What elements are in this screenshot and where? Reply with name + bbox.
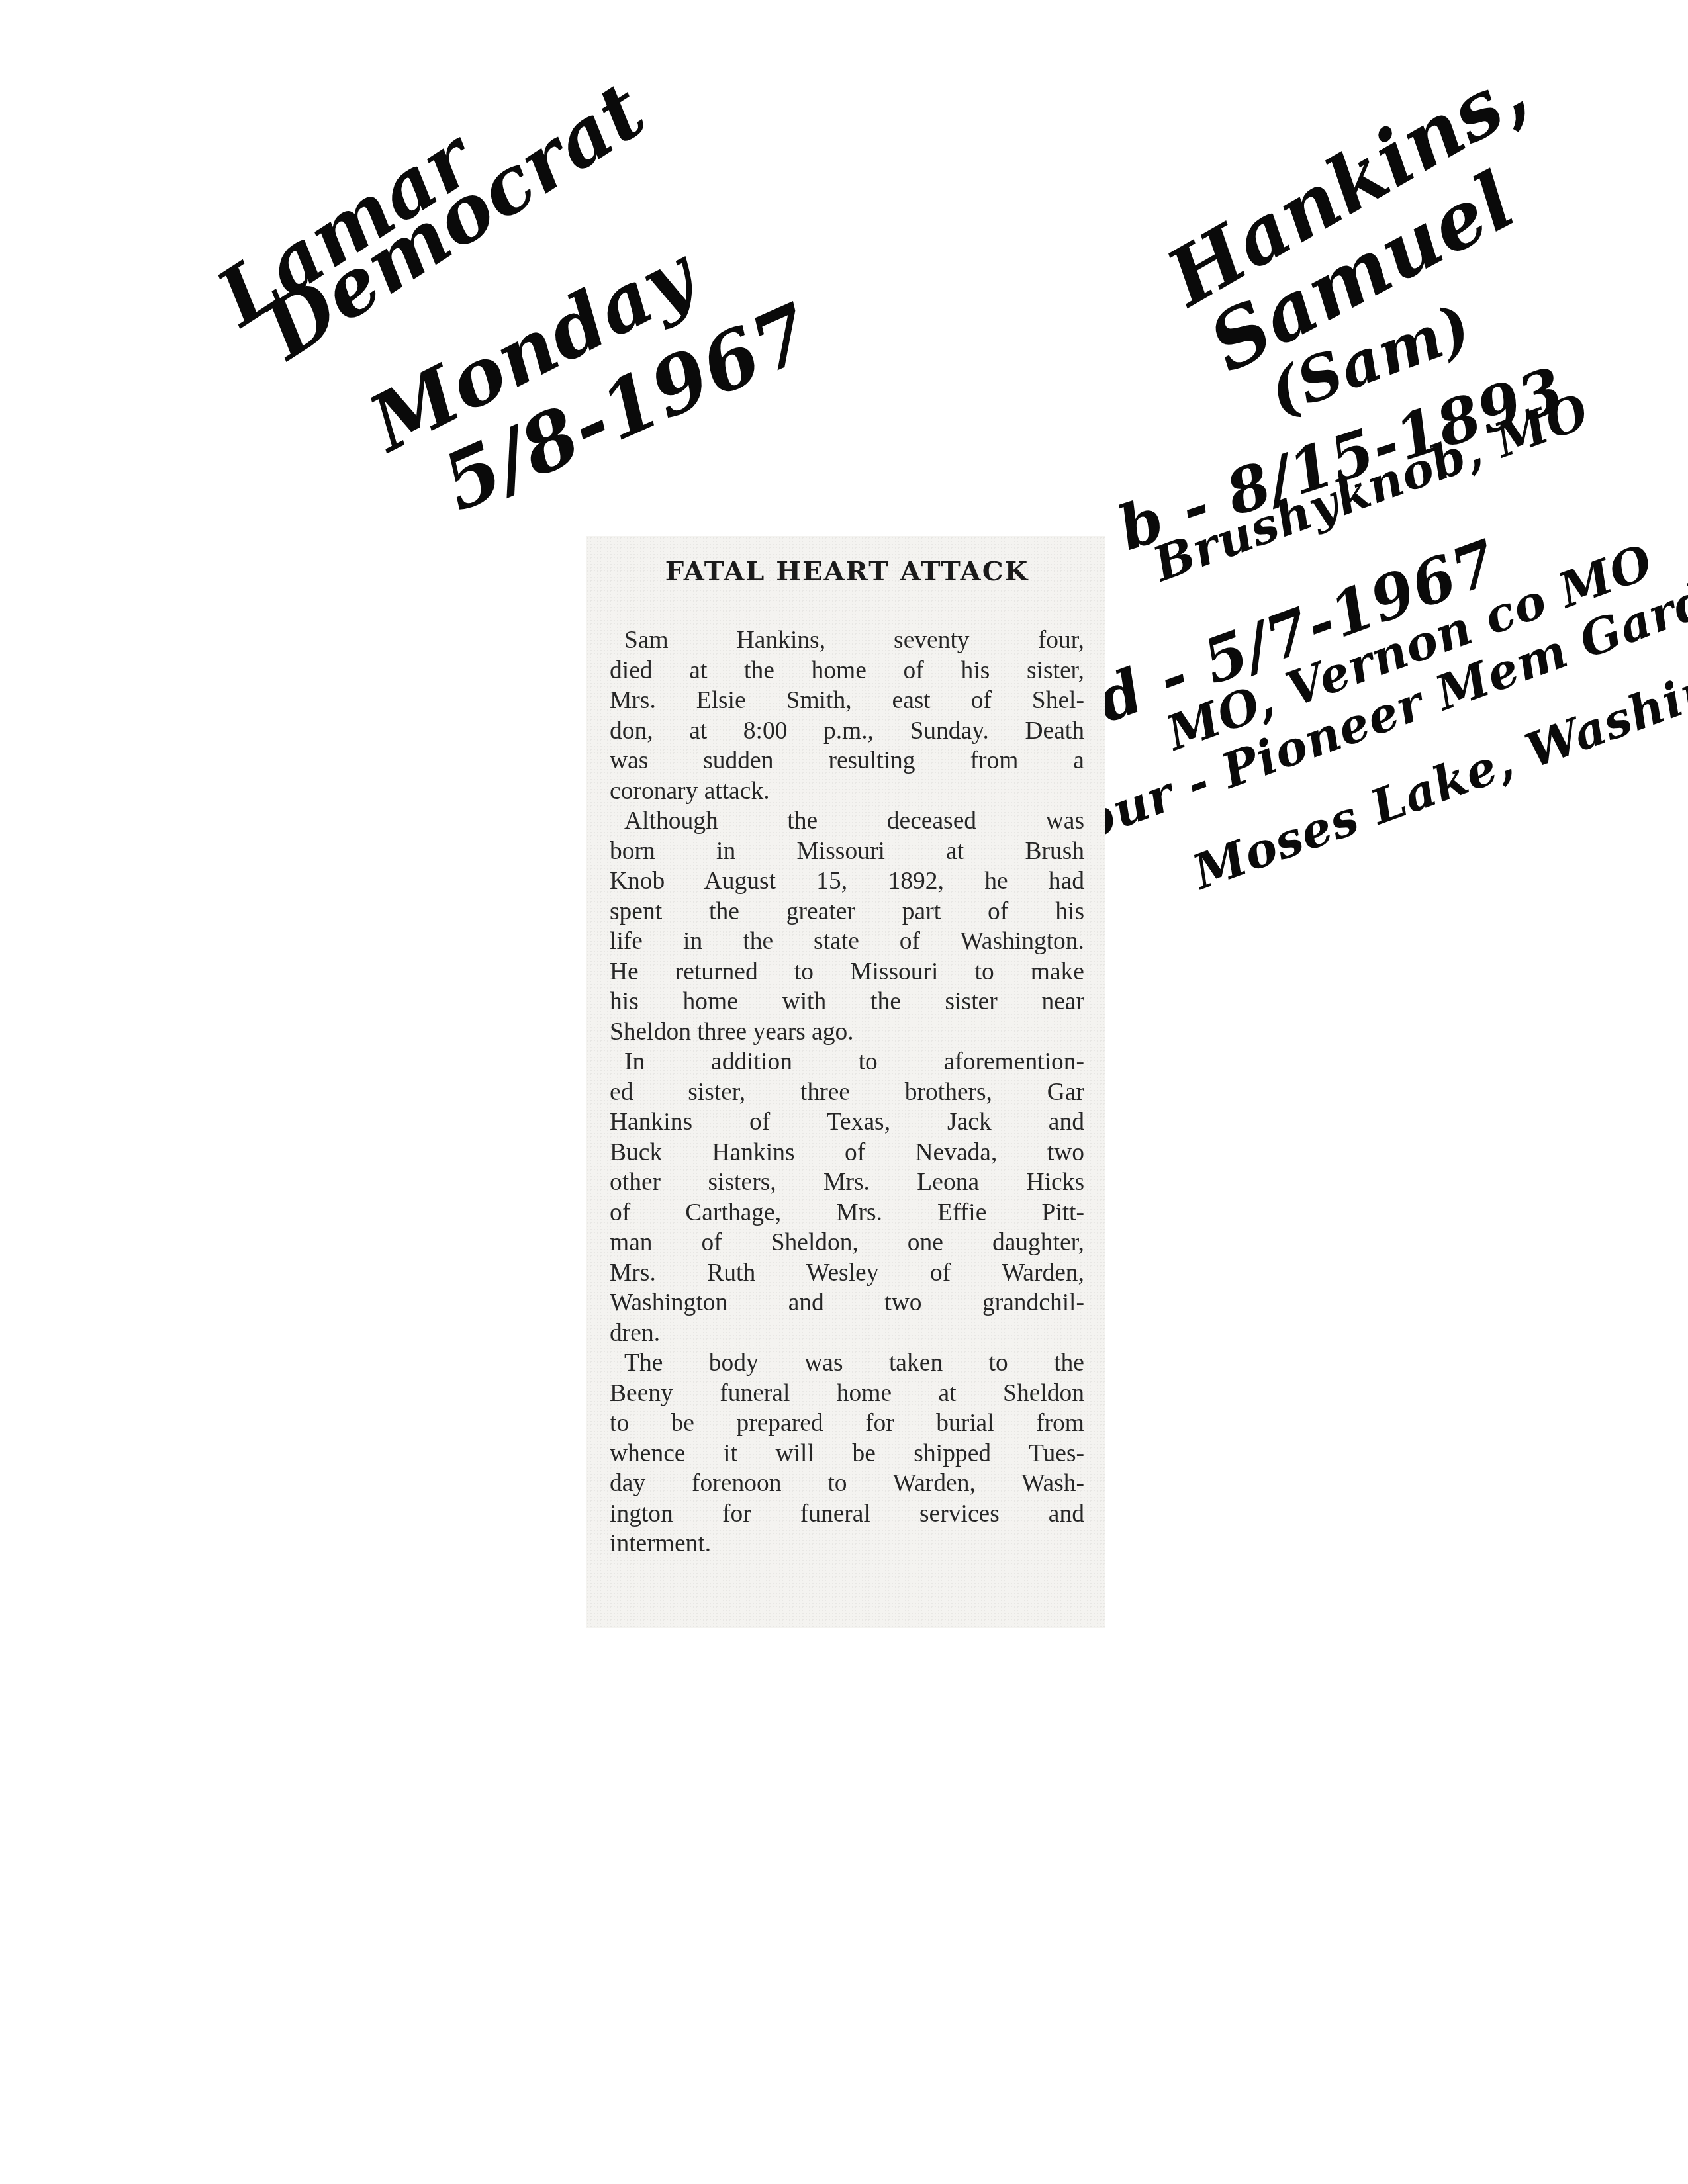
newspaper-clipping: FATAL HEART ATTACK Sam Hankins, seventy … [586,536,1105,1628]
clipping-paragraph: In addition to aforemention-ed sister, t… [610,1047,1084,1348]
clipping-text-line: spent the greater part of his [610,897,1084,927]
clipping-text-line: whence it will be shipped Tues- [610,1439,1084,1469]
clipping-text-line: Although the deceased was [610,806,1084,837]
clipping-text-line: Washington and two grandchil- [610,1288,1084,1318]
clipping-text-line: to be prepared for burial from [610,1408,1084,1439]
clipping-text-line: other sisters, Mrs. Leona Hicks [610,1167,1084,1198]
clipping-text-line: born in Missouri at Brush [610,837,1084,867]
clipping-text-line: man of Sheldon, one daughter, [610,1228,1084,1258]
clipping-text-line: Mrs. Elsie Smith, east of Shel- [610,686,1084,716]
clipping-text-line: ington for funeral services and [610,1499,1084,1529]
clipping-text-line: dren. [610,1318,1084,1349]
clipping-text-line: was sudden resulting from a [610,746,1084,776]
clipping-text-line: died at the home of his sister, [610,656,1084,686]
clipping-text-line: Mrs. Ruth Wesley of Warden, [610,1258,1084,1289]
clipping-text-line: Sam Hankins, seventy four, [610,625,1084,656]
clipping-text-line: interment. [610,1529,1084,1559]
scanned-page: Lamar Democrat Monday 5/8-1967 Hankins, … [0,0,1688,2184]
clipping-text-line: Beeny funeral home at Sheldon [610,1379,1084,1409]
clipping-headline: FATAL HEART ATTACK [610,556,1084,587]
clipping-paragraph: Sam Hankins, seventy four,died at the ho… [610,625,1084,806]
clipping-text-line: Buck Hankins of Nevada, two [610,1138,1084,1168]
clipping-paragraph: The body was taken to theBeeny funeral h… [610,1348,1084,1559]
clipping-text-line: Knob August 15, 1892, he had [610,866,1084,897]
clipping-text-line: coronary attack. [610,776,1084,807]
clipping-text-line: day forenoon to Warden, Wash- [610,1469,1084,1499]
clipping-text-line: ed sister, three brothers, Gar [610,1077,1084,1108]
clipping-text-line: of Carthage, Mrs. Effie Pitt- [610,1198,1084,1228]
clipping-text-line: The body was taken to the [610,1348,1084,1379]
clipping-paragraph: Although the deceased wasborn in Missour… [610,806,1084,1047]
clipping-text-line: He returned to Missouri to make [610,957,1084,987]
clipping-text-line: Sheldon three years ago. [610,1017,1084,1048]
clipping-body: Sam Hankins, seventy four,died at the ho… [610,625,1084,1559]
clipping-text-line: his home with the sister near [610,987,1084,1017]
clipping-text-line: don, at 8:00 p.m., Sunday. Death [610,716,1084,747]
clipping-text-line: Hankins of Texas, Jack and [610,1107,1084,1138]
clipping-text-line: life in the state of Washington. [610,927,1084,957]
clipping-text-line: In addition to aforemention- [610,1047,1084,1077]
